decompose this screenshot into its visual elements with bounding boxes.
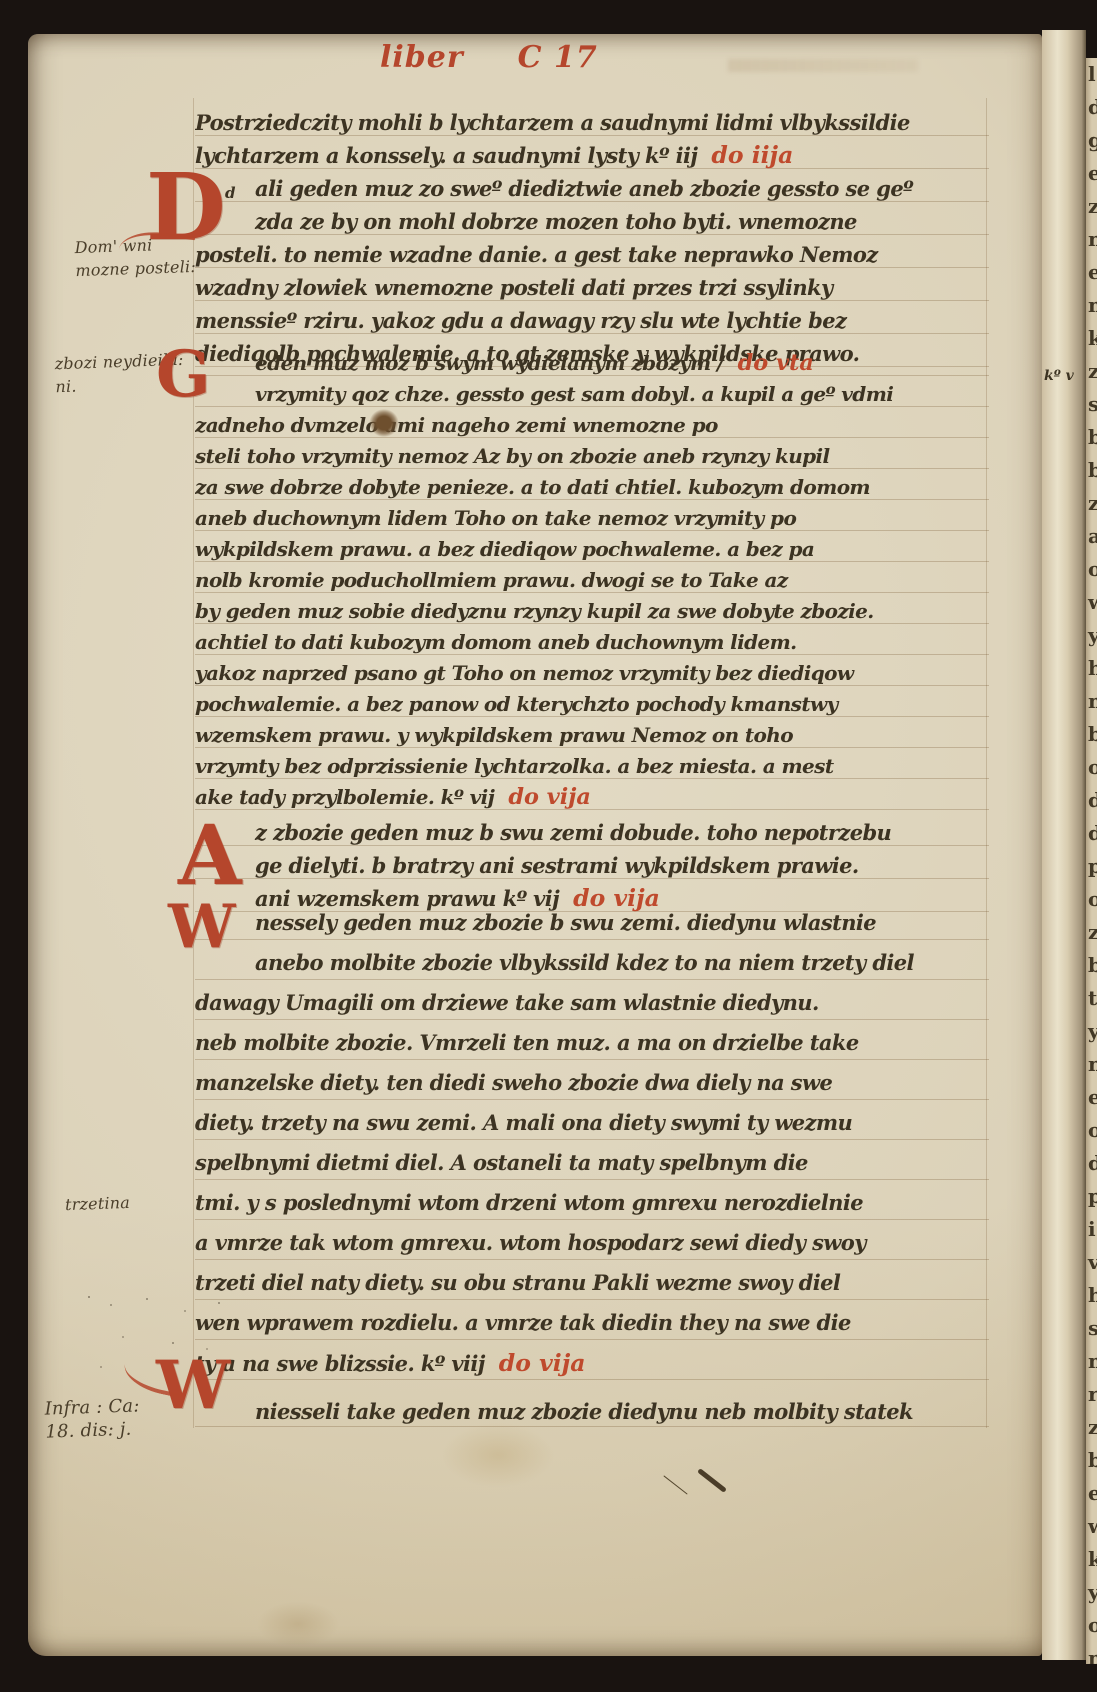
header-rubric: liber (380, 40, 464, 76)
margin-note-right: kº v (1044, 368, 1074, 384)
chapter-reference: do iija (711, 141, 793, 169)
text-line: wzadny zlowiek wnemozne posteli dati prz… (195, 271, 989, 304)
manuscript-page: liber C 17 Postrziedczity mohli b lychta… (28, 34, 1042, 1656)
margin-note-infra: Infra : Ca: 18. dis: j. (44, 1394, 141, 1443)
paper-speckles (88, 1296, 90, 1298)
paragraph: niesseli take geden muz zbozie diedynu n… (195, 1394, 989, 1430)
text-line: manzelske diety. ten diedi sweho zbozie … (195, 1063, 989, 1103)
text-line: yakoz naprzed psano gt Toho on nemoz vrz… (195, 658, 989, 689)
text-line: a vmrze tak wtom gmrexu. wtom hospodarz … (195, 1223, 989, 1263)
paragraph: z zbozie geden muz b swu zemi dobude. to… (195, 816, 989, 915)
text-line: vrzymity qoz chze. gessto gest sam dobyl… (195, 379, 989, 410)
paragraph: eden muz moz b swym wydielanym zbozym /d… (195, 348, 989, 813)
text-line: neb molbite zbozie. Vmrzeli ten muz. a m… (195, 1023, 989, 1063)
text-line: z zbozie geden muz b swu zemi dobude. to… (195, 816, 989, 849)
ruling-guide-left (193, 98, 194, 1428)
facing-page-edge: ldgeznemkzsbbzaowyhmboddpozbtyneodpivhsm… (1086, 58, 1097, 1664)
text-line: ake tady przylbolemie. kº vijdo vija (195, 782, 989, 813)
chapter-reference: do vija (508, 784, 591, 810)
running-header: liber C 17 (380, 40, 598, 76)
paragraph: nessely geden muz zbozie b swu zemi. die… (195, 903, 989, 1383)
text-line: wykpildskem prawu. a bez diediqow pochwa… (195, 534, 989, 565)
drop-cap-a: A (178, 820, 242, 894)
margin-note-trzetina: trzetina (65, 1191, 131, 1216)
photo-of-manuscript: { "colors":{"background":"#191310","pape… (0, 0, 1097, 1692)
text-line: achtiel to dati kubozym domom aneb ducho… (195, 627, 989, 658)
paragraph: Postrziedczity mohli b lychtarzem a saud… (195, 106, 989, 172)
text-line: tmi. y s poslednymi wtom drzeni wtom gmr… (195, 1183, 989, 1223)
text-line: ali geden muz zo sweº diediztwie aneb zb… (195, 172, 989, 205)
text-line: zda ze by on mohl dobrze mozen toho byti… (195, 205, 989, 238)
text-line: posteli. to nemie wzadne danie. a gest t… (195, 238, 989, 271)
text-line: ty a na swe blizssie. kº viijdo vija (195, 1343, 989, 1383)
text-line: anebo molbite zbozie vlbykssild kdez to … (195, 943, 989, 983)
text-line: wzemskem prawu. y wykpildskem prawu Nemo… (195, 720, 989, 751)
text-line: pochwalemie. a bez panow od kterychzto p… (195, 689, 989, 720)
ink-smudge (697, 1468, 727, 1493)
chapter-reference: do vta (738, 350, 814, 376)
text-line: menssieº rziru. yakoz gdu a dawagy rzy s… (195, 304, 989, 337)
text-line: by geden muz sobie diedyznu rzynzy kupil… (195, 596, 989, 627)
text-line: diety. trzety na swu zemi. A mali ona di… (195, 1103, 989, 1143)
text-line: dawagy Umagili om drziewe take sam wlast… (195, 983, 989, 1023)
chapter-reference: do vija (499, 1349, 586, 1377)
header-folio-number: C 17 (518, 40, 598, 76)
text-line: za swe dobrze dobyte penieze. a to dati … (195, 472, 989, 503)
text-line: eden muz moz b swym wydielanym zbozym /d… (195, 348, 989, 379)
paper-stain (243, 1594, 353, 1654)
text-line: lychtarzem a konssely. a saudnymi lysty … (195, 139, 989, 172)
text-line: nolb kromie poduchollmiem prawu. dwogi s… (195, 565, 989, 596)
drop-cap-g: G (156, 346, 211, 404)
text-line: aneb duchownym lidem Toho on take nemoz … (195, 503, 989, 534)
text-line: niesseli take geden muz zbozie diedynu n… (195, 1394, 989, 1430)
text-line: spelbnymi dietmi diel. A ostaneli ta mat… (195, 1143, 989, 1183)
text-line: nessely geden muz zbozie b swu zemi. die… (195, 903, 989, 943)
text-line: steli toho vrzymity nemoz Az by on zbozi… (195, 441, 989, 472)
rubricator-guide-letter: d (225, 184, 236, 202)
text-line: vrzymty bez odprzissienie lychtarzolka. … (195, 751, 989, 782)
show-through-mark (728, 59, 918, 72)
text-line: zadneho dvmzelo ami nageho zemi wnemozne… (195, 410, 989, 441)
text-line: trzeti diel naty diety. su obu stranu Pa… (195, 1263, 989, 1303)
page-fore-edge (1042, 30, 1086, 1660)
drop-cap-w: W (168, 900, 235, 954)
text-line: Postrziedczity mohli b lychtarzem a saud… (195, 106, 989, 139)
text-line: ge dielyti. b bratrzy ani sestrami wykpi… (195, 849, 989, 882)
text-line: wen wprawem rozdielu. a vmrze tak diedin… (195, 1303, 989, 1343)
paragraph: ali geden muz zo sweº diediztwie aneb zb… (195, 172, 989, 370)
